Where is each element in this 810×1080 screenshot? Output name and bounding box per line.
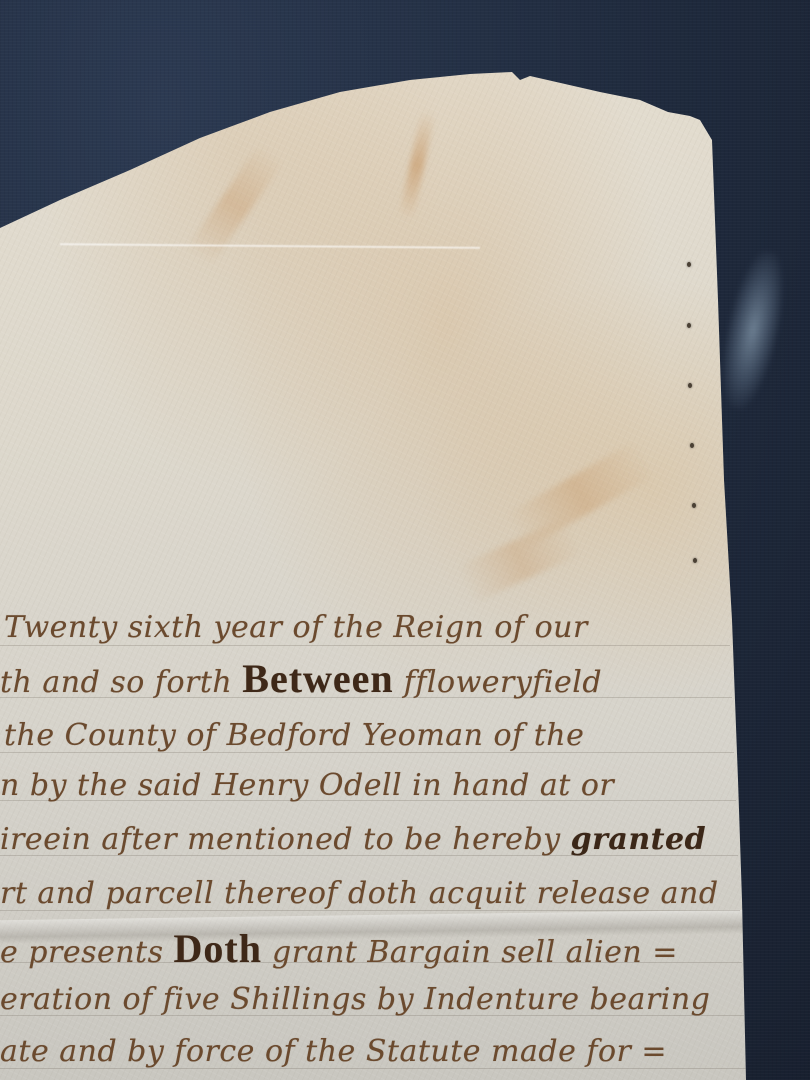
text-line-4: n by the said Henry Odell in hand at or: [0, 768, 614, 803]
text-line-5: ireein after mentioned to be hereby gran…: [0, 822, 706, 857]
pinhole: [690, 443, 694, 448]
pinhole: [687, 262, 691, 267]
line-text: n by the said Henry Odell in hand at or: [0, 768, 614, 803]
text-line-1: Twenty sixth year of the Reign of our: [4, 610, 588, 645]
pinhole: [693, 558, 697, 563]
line-text: eration of five Shillings by Indenture b…: [0, 982, 710, 1017]
line-text: grant Bargain sell alien =: [262, 935, 678, 970]
text-line-6: rt and parcell thereof doth acquit relea…: [0, 876, 719, 911]
line-text: ffloweryfield: [394, 665, 602, 700]
line-text: ate and by force of the Statute made for…: [0, 1034, 667, 1069]
line-text: ireein after mentioned to be hereby: [0, 822, 571, 857]
pinhole: [692, 503, 696, 508]
document-photo: Twenty sixth year of the Reign of our th…: [0, 0, 810, 1080]
emphasized-word: Doth: [174, 926, 262, 971]
pinhole: [688, 383, 692, 388]
emphasized-word: Between: [242, 656, 393, 701]
ruled-line: [0, 645, 730, 646]
line-text: th and so forth: [0, 665, 242, 700]
text-line-7: e presents Doth grant Bargain sell alien…: [0, 925, 678, 972]
line-text: rt and parcell thereof doth acquit relea…: [0, 876, 719, 911]
text-line-3: the County of Bedford Yeoman of the: [4, 718, 584, 753]
line-text: the County of Bedford Yeoman of the: [4, 718, 584, 753]
overwritten-word: granted: [571, 822, 706, 857]
pinhole: [687, 323, 691, 328]
line-text: e presents: [0, 935, 174, 970]
text-line-8: eration of five Shillings by Indenture b…: [0, 982, 710, 1017]
text-line-9: ate and by force of the Statute made for…: [0, 1034, 667, 1069]
line-text: Twenty sixth year of the Reign of our: [4, 610, 588, 645]
text-line-2: th and so forth Between ffloweryfield: [0, 655, 602, 702]
